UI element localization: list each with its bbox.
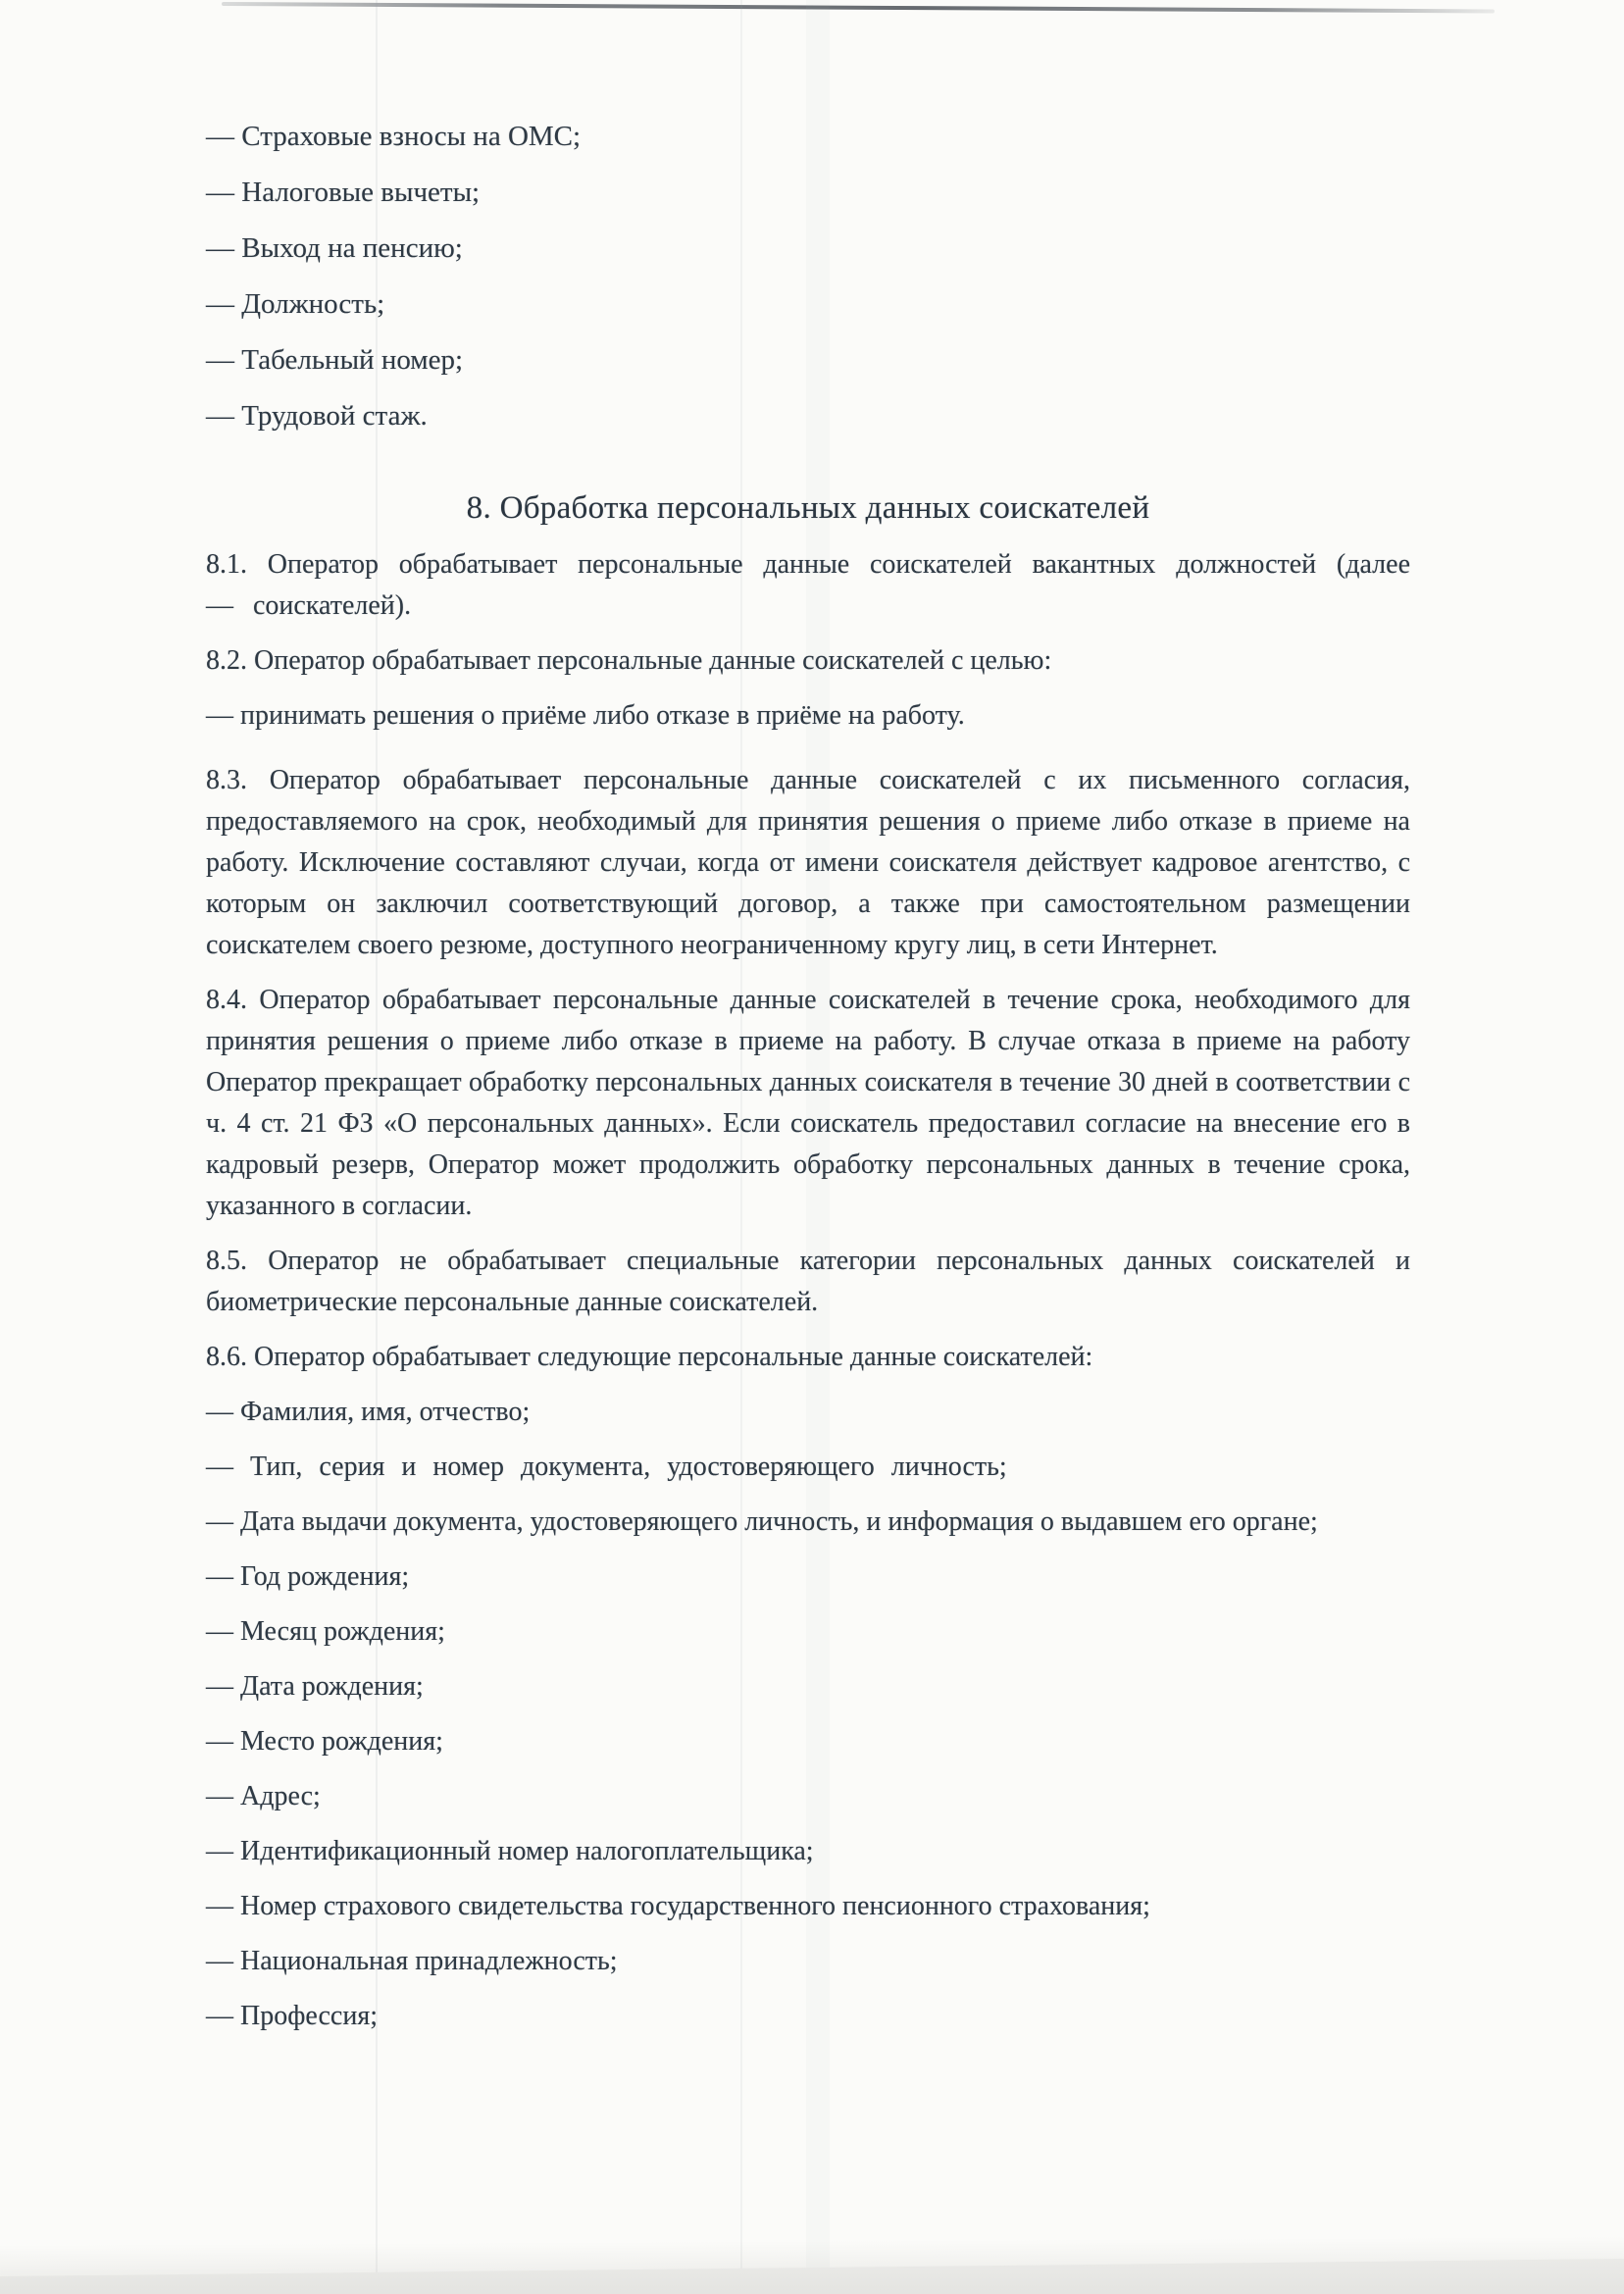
- purpose-list-item: — принимать решения о приёме либо отказе…: [206, 695, 1410, 737]
- list-item: — Национальная принадлежность;: [206, 1941, 1410, 1982]
- list-item: — Месяц рождения;: [206, 1611, 1410, 1653]
- paragraph-8-1: 8.1. Оператор обрабатывает персональные …: [206, 544, 1410, 627]
- list-item: — Номер страхового свидетельства государ…: [206, 1886, 1410, 1927]
- list-item: — Адрес;: [206, 1776, 1410, 1817]
- list-item: — Фамилия, имя, отчество;: [206, 1392, 1410, 1433]
- payroll-data-list: — Страховые взносы на ОМС;— Налоговые вы…: [206, 0, 1410, 437]
- paragraph-8-6: 8.6. Оператор обрабатывает следующие пер…: [206, 1337, 1410, 1378]
- list-item: — Трудовой стаж.: [206, 395, 1410, 437]
- list-item: — Табельный номер;: [206, 339, 1410, 382]
- list-item: — Налоговые вычеты;: [206, 172, 1410, 214]
- list-item: — Год рождения;: [206, 1556, 1410, 1598]
- scanned-document-page: — Страховые взносы на ОМС;— Налоговые вы…: [0, 0, 1624, 2294]
- paragraph-8-3: 8.3. Оператор обрабатывает персональные …: [206, 760, 1410, 966]
- section-heading: 8. Обработка персональных данных соискат…: [206, 486, 1410, 530]
- paragraph-8-4: 8.4. Оператор обрабатывает персональные …: [206, 980, 1410, 1227]
- list-item: — Дата выдачи документа, удостоверяющего…: [206, 1502, 1410, 1543]
- list-item: — Страховые взносы на ОМС;: [206, 116, 1410, 158]
- list-item: — Идентификационный номер налогоплательщ…: [206, 1831, 1410, 1872]
- list-item: — Тип, серия и номер документа, удостове…: [206, 1447, 1410, 1488]
- paragraph-8-2: 8.2. Оператор обрабатывает персональные …: [206, 640, 1410, 682]
- list-item: — Профессия;: [206, 1996, 1410, 2037]
- document-content: — Страховые взносы на ОМС;— Налоговые вы…: [206, 0, 1410, 2051]
- paragraph-8-5: 8.5. Оператор не обрабатывает специальны…: [206, 1241, 1410, 1323]
- list-item: — Должность;: [206, 283, 1410, 326]
- list-item: — Выход на пенсию;: [206, 228, 1410, 270]
- list-item: — Место рождения;: [206, 1721, 1410, 1762]
- list-item: — Дата рождения;: [206, 1666, 1410, 1708]
- applicant-personal-data-list: — Фамилия, имя, отчество;— Тип, серия и …: [206, 1392, 1410, 2037]
